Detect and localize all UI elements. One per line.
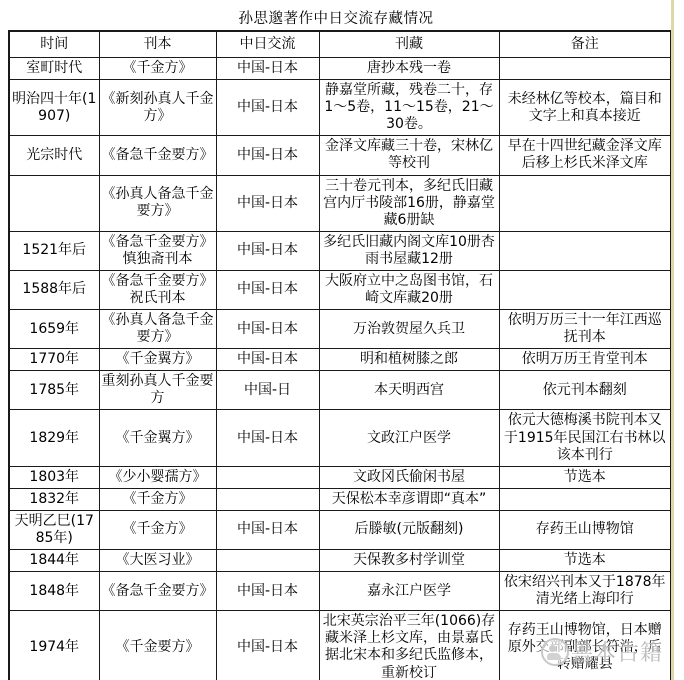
table-cell: 后滕敏(元版翻刻) (319, 510, 499, 549)
table-cell: 《备急千金要方》 (99, 136, 216, 175)
table-cell: 金泽文库藏三十卷，宋林亿等校刊 (319, 136, 499, 175)
table-cell: 中国-日本 (216, 510, 319, 549)
table-row: 1829年《千金翼方》中国-日本文政江户医学依元大德梅溪书院刊本又于1915年民… (9, 410, 671, 466)
table-cell: 室町时代 (9, 58, 99, 80)
table-cell: 《千金要方》 (99, 611, 216, 680)
table-row: 1770年《千金翼方》中国-日本明和植树膝之郎依明万历王肯堂刊本 (9, 349, 671, 371)
table-cell: 依元刊本翻刻 (499, 371, 671, 410)
table-row: 1803年《少小婴孺方》文政冈氏偷闲书屋节选本 (9, 466, 671, 488)
table-cell: 《千金方》 (99, 488, 216, 510)
table-cell: 1659年 (9, 310, 99, 349)
table-cell: 文政冈氏偷闲书屋 (319, 466, 499, 488)
table-cell (499, 175, 671, 231)
table-cell: 《新刻孙真人千金方》 (99, 80, 216, 136)
table-row: 明治四十年(1907)《新刻孙真人千金方》中国-日本静嘉堂所藏，残卷二十，存1～… (9, 80, 671, 136)
table-header-row: 时间刊本中日交流刊藏备注 (9, 31, 671, 58)
table-cell: 北宋英宗治平三年(1066)存藏米泽上杉文库，由景嘉氏据北宋本和多纪氏监修本，重… (319, 611, 499, 680)
table-cell (216, 550, 319, 572)
table-cell: 本天明西宫 (319, 371, 499, 410)
table-cell: 中国-日本 (216, 58, 319, 80)
table-cell: 节选本 (499, 466, 671, 488)
table-row: 《孙真人备急千金要方》中国-日本三十卷元刊本，多纪氏旧藏宫内厅书陵部16册，静嘉… (9, 175, 671, 231)
table-cell: 中国-日本 (216, 270, 319, 309)
table-cell: 存药王山博物馆 (499, 510, 671, 549)
table-cell: 文政江户医学 (319, 410, 499, 466)
table-cell: 光宗时代 (9, 136, 99, 175)
table-row: 1521年后《备急千金要方》慎独斋刊本中国-日本多纪氏旧藏内阁文库10册杏雨书屋… (9, 231, 671, 270)
table-cell: 依元大德梅溪书院刊本又于1915年民国江右书林以该本刊行 (499, 410, 671, 466)
table-row: 1844年《大医习业》天保教多村学训堂节选本 (9, 550, 671, 572)
table-header-cell: 备注 (499, 31, 671, 58)
table-cell: 《千金翼方》 (99, 349, 216, 371)
table-cell: 《备急千金要方》慎独斋刊本 (99, 231, 216, 270)
table-cell (499, 231, 671, 270)
table-row: 1659年《孙真人备急千金要方》中国-日本万治敦贺屋久兵卫依明万历三十一年江西巡… (9, 310, 671, 349)
table-cell: 1848年 (9, 572, 99, 611)
table-cell: 《孙真人备急千金要方》 (99, 175, 216, 231)
table-cell: 存药王山博物馆，日本赠原外交部副部长符浩，后转赠耀县 (499, 611, 671, 680)
table-cell: 未经林亿等校本，篇目和文字上和真本接近 (499, 80, 671, 136)
table-cell: 万治敦贺屋久兵卫 (319, 310, 499, 349)
table-cell: 1770年 (9, 349, 99, 371)
table-row: 1785年重刻孙真人千金要方中国-日本天明西宫依元刊本翻刻 (9, 371, 671, 410)
table-cell: 中国-日本 (216, 80, 319, 136)
table-cell: 节选本 (499, 550, 671, 572)
table-cell: 重刻孙真人千金要方 (99, 371, 216, 410)
table-cell: 1829年 (9, 410, 99, 466)
table-cell (499, 58, 671, 80)
table-row: 1974年《千金要方》中国-日本北宋英宗治平三年(1066)存藏米泽上杉文库，由… (9, 611, 671, 680)
table-cell: 天明乙巳(1785年) (9, 510, 99, 549)
table-cell: 《千金方》 (99, 58, 216, 80)
table-cell: 中国-日本 (216, 349, 319, 371)
table-cell: 1785年 (9, 371, 99, 410)
table-cell: 早在十四世纪藏金泽文库后移上杉氏米泽文库 (499, 136, 671, 175)
table-cell: 1521年后 (9, 231, 99, 270)
table-cell: 静嘉堂所藏，残卷二十，存1～5卷，11～15卷，21～30卷。 (319, 80, 499, 136)
table-cell: 《备急千金要方》 (99, 572, 216, 611)
table-cell: 大阪府立中之岛图书馆，石崎文库藏20册 (319, 270, 499, 309)
table-cell: 依明万历王肯堂刊本 (499, 349, 671, 371)
table-cell: 1803年 (9, 466, 99, 488)
table-cell: 中国-日 (216, 371, 319, 410)
table-row: 光宗时代《备急千金要方》中国-日本金泽文库藏三十卷，宋林亿等校刊早在十四世纪藏金… (9, 136, 671, 175)
table-header-cell: 刊本 (99, 31, 216, 58)
table-cell: 《千金翼方》 (99, 410, 216, 466)
table-cell (499, 270, 671, 309)
table-cell: 1844年 (9, 550, 99, 572)
table-row: 天明乙巳(1785年)《千金方》中国-日本后滕敏(元版翻刻)存药王山博物馆 (9, 510, 671, 549)
table-cell: 1588年后 (9, 270, 99, 309)
table-row: 室町时代《千金方》中国-日本唐抄本残一卷 (9, 58, 671, 80)
table-cell: 中国-日本 (216, 310, 319, 349)
page: 孙思邈著作中日交流存藏情况 时间刊本中日交流刊藏备注 室町时代《千金方》中国-日… (0, 0, 684, 680)
table-cell (9, 175, 99, 231)
table-cell: 中国-日本 (216, 611, 319, 680)
table-cell: 中国-日本 (216, 410, 319, 466)
table-header-cell: 时间 (9, 31, 99, 58)
table-cell: 1832年 (9, 488, 99, 510)
table-cell: 唐抄本残一卷 (319, 58, 499, 80)
table-cell: 《千金方》 (99, 510, 216, 549)
table-cell: 1974年 (9, 611, 99, 680)
page-title: 孙思邈著作中日交流存藏情况 (0, 7, 672, 28)
table-cell: 中国-日本 (216, 175, 319, 231)
table-cell (216, 466, 319, 488)
table-cell: 中国-日本 (216, 136, 319, 175)
table-header-cell: 刊藏 (319, 31, 499, 58)
table-cell: 天保松本幸彦谓即“真本” (319, 488, 499, 510)
table-cell: 《少小婴孺方》 (99, 466, 216, 488)
table-cell: 明治四十年(1907) (9, 80, 99, 136)
table-cell: 《大医习业》 (99, 550, 216, 572)
table-cell: 《孙真人备急千金要方》 (99, 310, 216, 349)
table-cell: 嘉永江户医学 (319, 572, 499, 611)
table-cell: 中国-日本 (216, 231, 319, 270)
table-cell: 《备急千金要方》祝氏刊本 (99, 270, 216, 309)
main-table: 时间刊本中日交流刊藏备注 室町时代《千金方》中国-日本唐抄本残一卷明治四十年(1… (8, 30, 672, 680)
table-row: 1832年《千金方》天保松本幸彦谓即“真本” (9, 488, 671, 510)
table-row: 1588年后《备急千金要方》祝氏刊本中国-日本大阪府立中之岛图书馆，石崎文库藏2… (9, 270, 671, 309)
table-cell: 天保教多村学训堂 (319, 550, 499, 572)
page-edge-line (671, 0, 674, 680)
table-cell: 依宋绍兴刊本又于1878年清光绪上海印行 (499, 572, 671, 611)
table-cell: 三十卷元刊本，多纪氏旧藏宫内厅书陵部16册，静嘉堂藏6册缺 (319, 175, 499, 231)
table-cell: 明和植树膝之郎 (319, 349, 499, 371)
table-cell: 依明万历三十一年江西巡抚刊本 (499, 310, 671, 349)
table-cell: 中国-日本 (216, 572, 319, 611)
table-cell (216, 488, 319, 510)
table-cell (499, 488, 671, 510)
table-row: 1848年《备急千金要方》中国-日本嘉永江户医学依宋绍兴刊本又于1878年清光绪… (9, 572, 671, 611)
table-cell: 多纪氏旧藏内阁文库10册杏雨书屋藏12册 (319, 231, 499, 270)
table-header-cell: 中日交流 (216, 31, 319, 58)
